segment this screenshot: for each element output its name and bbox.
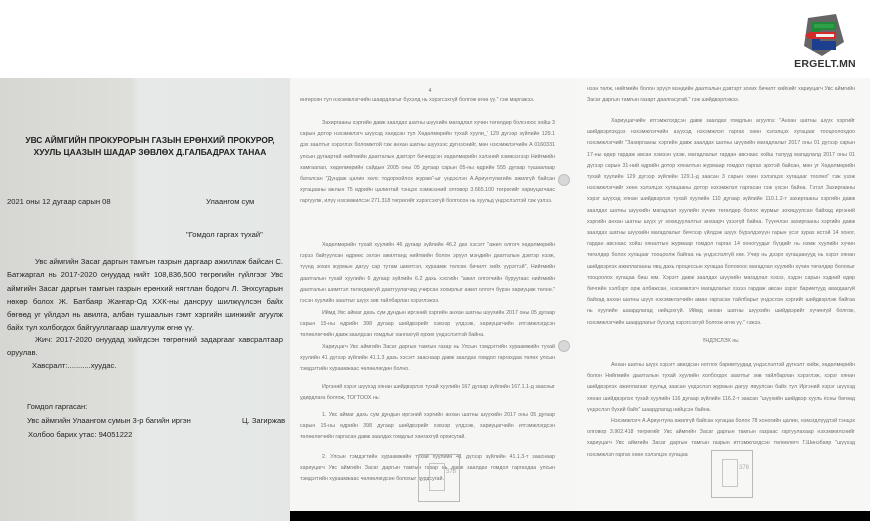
complaint-letter-page: УВС АЙМГИЙН ПРОКУРОРЫН ГАЗЫН ЕРӨНХИЙ ПРО… [0, 78, 290, 521]
paragraph: Иргэний хэрэг шүүхэд хянан шийдвэрлэх ту… [300, 382, 555, 404]
paragraph: Хариуцагчийн итгэмжлэгдсэн давж заалдах … [587, 116, 855, 329]
ergelt-e-icon [802, 12, 846, 58]
letter-place: Улаангом сум [206, 195, 254, 208]
letter-note: Жич: 2017-2020 онуудад хийгдсэн төгрөгни… [7, 333, 283, 360]
stamp-number: 378 [739, 465, 749, 471]
header-band: ERGELT.MN [0, 0, 870, 78]
complainant-label: Гомдол гаргасан: [27, 400, 87, 413]
complainant-desc: Увс аймгийн Улаангом сумын 3-р багийн ир… [27, 414, 191, 427]
complainant-name: Ц. Загиржав [242, 414, 285, 427]
letter-date: 2021 оны 12 дугаар сарын 08 [7, 195, 111, 208]
complainant-contact: Холбоо барих утас: 94051222 [28, 428, 132, 441]
page-stamp: 378 [418, 454, 460, 502]
ergelt-logo[interactable]: ERGELT.MN [790, 8, 860, 74]
punch-hole [558, 340, 570, 352]
logo-text: ERGELT.MN [790, 58, 860, 70]
letter-subject: "Гомдол гаргах тухай" [186, 228, 263, 241]
paragraph: Захиргааны хэргийн давж заалдах шатны шү… [300, 118, 555, 208]
page-stamp: 378 [711, 450, 753, 498]
paragraph: өнгөрсөн тул нэхэмжлэгчийн шаардлагыг бү… [300, 95, 555, 106]
section-heading: ҮНДЭСЛЭХ нь: [587, 336, 855, 347]
letter-body: Увс аймгийн Засаг даргын тамгын газрын д… [7, 255, 283, 335]
paragraph: Хариуцагч Увс аймгийн Засаг даргын тамгы… [300, 342, 555, 376]
paragraph: Иймд Увс аймаг дахь сум дундын иргэний х… [300, 308, 555, 342]
paragraph: 1. Увс аймаг дахь сум дундын иргэний хэр… [300, 410, 555, 444]
court-decision-page-4: 4 өнгөрсөн тул нэхэмжлэгчийн шаардлагыг … [290, 78, 575, 521]
court-decision-page-5: нээн төлж, нийгмийн болон эрүүл мэндийн … [575, 78, 870, 521]
paragraph: нээн төлж, нийгмийн болон эрүүл мэндийн … [587, 84, 855, 106]
letter-title: УВС АЙМГИЙН ПРОКУРОРЫН ГАЗЫН ЕРӨНХИЙ ПРО… [20, 134, 280, 158]
punch-hole [558, 174, 570, 186]
stamp-number: 378 [446, 469, 456, 475]
paragraph: Анхан шатны шүүх хэрэгт авагдсан нотлох … [587, 360, 855, 416]
letter-attachment: Хавсралт:...........хуудас. [32, 359, 116, 372]
paragraph: Хөдөлмөрийн тухай хуулийн 46 дугаар зүйл… [300, 240, 555, 307]
